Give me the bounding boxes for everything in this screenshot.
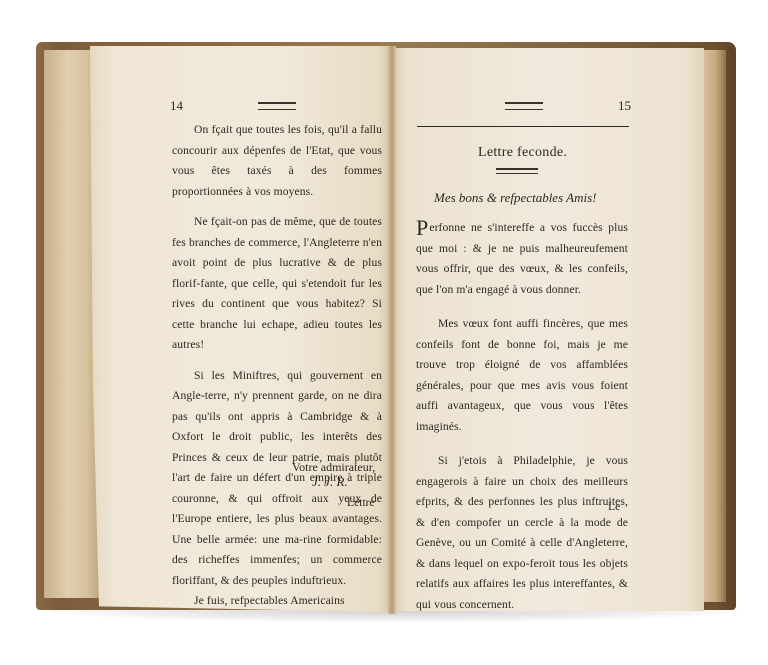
catchword: Lettre (347, 496, 375, 509)
paragraph: Perfonne ne s'intereffe a vos fuccès plu… (416, 218, 628, 300)
book-gutter (388, 46, 396, 614)
paragraph: Si les Miniftres, qui gouvernent en Angl… (172, 366, 382, 592)
right-page-number: 15 (618, 98, 631, 114)
right-page-body: Perfonne ne s'intereffe a vos fuccès plu… (416, 218, 628, 615)
closing-phrase: Votre admirateur, (292, 460, 375, 475)
paragraph: Ne fçait-on pas de même, que de toutes f… (172, 212, 382, 356)
header-ornament-left (258, 102, 296, 110)
catchword: Le (608, 500, 620, 513)
header-ornament-right (505, 102, 543, 110)
signature: J. J. R. (312, 474, 348, 490)
left-page-number: 14 (170, 98, 183, 114)
paragraph: Mes vœux font auffi fincères, que mes co… (416, 314, 628, 437)
salutation: Mes bons & refpectables Amis! (434, 190, 596, 206)
closing-line: Je fuis, refpectables Americains (172, 591, 382, 612)
drop-cap: P (416, 220, 428, 236)
paragraph: On fçait que toutes les fois, qu'il a fa… (172, 120, 382, 202)
letter-heading: Lettre feconde. (478, 145, 567, 161)
paragraph: Si j'etois à Philadelphie, je vous engag… (416, 451, 628, 615)
heading-ornament (496, 168, 538, 174)
header-rule (417, 126, 629, 127)
left-page-body: On fçait que toutes les fois, qu'il a fa… (172, 120, 382, 612)
